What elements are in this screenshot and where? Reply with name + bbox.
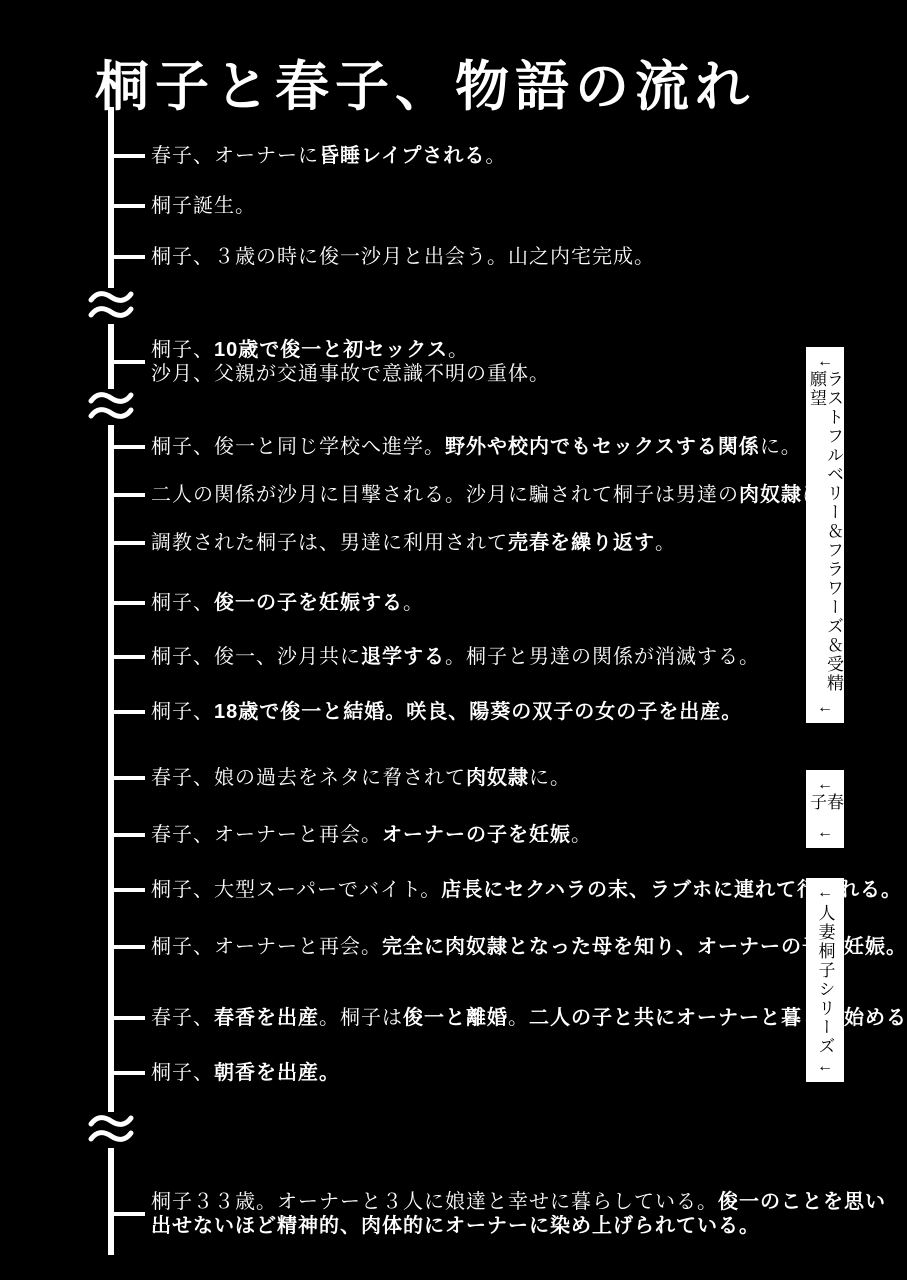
timeline-entry: 桐子、３歳の時に俊一沙月と出会う。山之内宅完成。 — [114, 245, 655, 269]
entry-text: 春子、娘の過去をネタに脅されて肉奴隷に。 — [151, 766, 571, 790]
entry-text: 桐子、大型スーパーでバイト。店長にセクハラの末、ラブホに連れて行かれる。 — [151, 878, 902, 902]
entry-text-bold: 昏睡レイプされる — [319, 145, 485, 167]
tick-mark — [114, 1212, 145, 1216]
tick-mark — [114, 1071, 145, 1075]
entry-text-segment: 桐子、 — [151, 592, 214, 614]
entry-text-segment: 。 — [485, 145, 506, 167]
entry-text: 調教された桐子は、男達に利用されて売春を繰り返す。 — [151, 531, 676, 555]
entry-text: 桐子誕生。 — [151, 194, 256, 218]
tick-mark — [114, 493, 145, 497]
entry-line: 出せないほど精神的、肉体的にオーナーに染め上げられている。 — [151, 1214, 886, 1238]
tick-mark — [114, 204, 145, 208]
entry-text-bold: 俊一のことを思い — [718, 1191, 886, 1213]
series-span-label: ←春子← — [806, 770, 844, 848]
series-label-text: ラストフルベリー＆フラワーズ＆受精願望 — [808, 370, 842, 700]
timeline-entry: 桐子、朝香を出産。 — [114, 1061, 340, 1085]
timeline-entry: 二人の関係が沙月に目撃される。沙月に騙されて桐子は男達の肉奴隷に。 — [114, 483, 844, 507]
series-label-text: 春子 — [808, 793, 842, 825]
entry-line: 沙月、父親が交通事故で意識不明の重体。 — [151, 362, 550, 386]
entry-text-segment: 。 — [403, 592, 424, 614]
entry-line: 春子、春香を出産。桐子は俊一と離婚。二人の子と共にオーナーと暮らし始める。 — [151, 1006, 907, 1030]
entry-text-segment: 。桐子と男達の関係が消滅する。 — [445, 646, 760, 668]
timeline-page: 桐子と春子、物語の流れ 春子、オーナーに昏睡レイプされる。桐子誕生。桐子、３歳の… — [0, 0, 907, 1280]
entry-text-segment: に。 — [760, 436, 802, 458]
entry-text-segment: 。 — [508, 1007, 529, 1029]
entry-text-segment: 春子、娘の過去をネタに脅されて — [151, 767, 466, 789]
timeline-entry: 調教された桐子は、男達に利用されて売春を繰り返す。 — [114, 531, 676, 555]
entry-line: 調教された桐子は、男達に利用されて売春を繰り返す。 — [151, 531, 676, 555]
timeline-entry: 桐子、俊一の子を妊娠する。 — [114, 591, 424, 615]
entry-line: 桐子、朝香を出産。 — [151, 1061, 340, 1085]
tick-mark — [114, 154, 145, 158]
entry-line: 桐子誕生。 — [151, 194, 256, 218]
entry-line: 二人の関係が沙月に目撃される。沙月に騙されて桐子は男達の肉奴隷に。 — [151, 483, 844, 507]
axis-break-icon — [86, 1112, 136, 1148]
tick-mark — [114, 776, 145, 780]
entry-text-segment: 桐子、 — [151, 1062, 214, 1084]
timeline-entry: 春子、オーナーに昏睡レイプされる。 — [114, 144, 506, 168]
entry-text-segment: 春子、オーナーと再会。 — [151, 824, 382, 846]
tick-mark — [114, 710, 145, 714]
entry-text-bold: 春香を出産 — [214, 1007, 319, 1029]
axis-break-icon — [86, 288, 136, 324]
timeline-entry: 桐子、オーナーと再会。完全に肉奴隷となった母を知り、オーナーの子を妊娠。 — [114, 935, 907, 959]
entry-text-segment: 二人の関係が沙月に目撃される。沙月に騙されて桐子は男達の — [151, 484, 739, 506]
page-title: 桐子と春子、物語の流れ — [95, 58, 755, 117]
timeline-entry: 桐子、大型スーパーでバイト。店長にセクハラの末、ラブホに連れて行かれる。 — [114, 878, 902, 902]
entry-line: 春子、オーナーと再会。オーナーの子を妊娠。 — [151, 823, 592, 847]
tick-mark — [114, 255, 145, 259]
series-span-label: ←人妻桐子シリーズ← — [806, 878, 844, 1082]
tick-mark — [114, 833, 145, 837]
entry-text-segment: 桐子、 — [151, 339, 214, 361]
entry-text: 桐子３３歳。オーナーと３人に娘達と幸せに暮らしている。俊一のことを思い出せないほ… — [151, 1190, 886, 1238]
entry-text-bold: 退学する — [361, 646, 445, 668]
entry-text: 春子、春香を出産。桐子は俊一と離婚。二人の子と共にオーナーと暮らし始める。 — [151, 1006, 907, 1030]
entry-text-bold: 18歳で俊一と結婚。咲良、陽葵の双子の女の子を出産。 — [214, 701, 742, 723]
entry-text-bold: 朝香を出産。 — [214, 1062, 340, 1084]
entry-text: 桐子、俊一と同じ学校へ進学。野外や校内でもセックスする関係に。 — [151, 435, 802, 459]
entry-text: 桐子、10歳で俊一と初セックス。沙月、父親が交通事故で意識不明の重体。 — [151, 338, 550, 386]
entry-text-segment: 桐子３３歳。オーナーと３人に娘達と幸せに暮らしている。 — [151, 1191, 718, 1213]
timeline-entry: 春子、春香を出産。桐子は俊一と離婚。二人の子と共にオーナーと暮らし始める。 — [114, 1006, 907, 1030]
entry-text-bold: オーナーの子を妊娠 — [382, 824, 571, 846]
entry-line: 春子、オーナーに昏睡レイプされる。 — [151, 144, 506, 168]
tick-mark — [114, 445, 145, 449]
tick-mark — [114, 945, 145, 949]
entry-text-bold: 野外や校内でもセックスする関係 — [445, 436, 760, 458]
entry-text-bold: 肉奴隷 — [466, 767, 529, 789]
tick-mark — [114, 360, 145, 364]
entry-text: 桐子、俊一の子を妊娠する。 — [151, 591, 424, 615]
entry-text-segment: 桐子誕生。 — [151, 195, 256, 217]
entry-text-segment: 調教された桐子は、男達に利用されて — [151, 532, 508, 554]
entry-line: 桐子、10歳で俊一と初セックス。 — [151, 338, 550, 362]
entry-text-segment: 桐子、オーナーと再会。 — [151, 936, 382, 958]
timeline-entry: 桐子３３歳。オーナーと３人に娘達と幸せに暮らしている。俊一のことを思い出せないほ… — [114, 1190, 886, 1238]
entry-text-segment: 。 — [448, 339, 469, 361]
entry-text-segment: 沙月、父親が交通事故で意識不明の重体。 — [151, 363, 550, 385]
entry-text: 春子、オーナーに昏睡レイプされる。 — [151, 144, 506, 168]
span-arrow-bottom-icon: ← — [817, 700, 833, 716]
entry-text-bold: 出せないほど精神的、肉体的にオーナーに染め上げられている。 — [151, 1215, 760, 1237]
entry-text-bold: 二人の子と共にオーナーと暮らし始める。 — [529, 1007, 907, 1029]
span-arrow-top-icon: ← — [817, 354, 833, 370]
entry-text: 桐子、俊一、沙月共に退学する。桐子と男達の関係が消滅する。 — [151, 645, 760, 669]
timeline-entry: 桐子誕生。 — [114, 194, 256, 218]
tick-mark — [114, 601, 145, 605]
tick-mark — [114, 655, 145, 659]
axis-break-icon — [86, 389, 136, 425]
span-arrow-top-icon: ← — [817, 885, 833, 901]
entry-line: 春子、娘の過去をネタに脅されて肉奴隷に。 — [151, 766, 571, 790]
entry-text: 桐子、オーナーと再会。完全に肉奴隷となった母を知り、オーナーの子を妊娠。 — [151, 935, 907, 959]
tick-mark — [114, 888, 145, 892]
entry-text-segment: 桐子、３歳の時に俊一沙月と出会う。山之内宅完成。 — [151, 246, 655, 268]
entry-line: 桐子、３歳の時に俊一沙月と出会う。山之内宅完成。 — [151, 245, 655, 269]
entry-text: 桐子、18歳で俊一と結婚。咲良、陽葵の双子の女の子を出産。 — [151, 700, 742, 724]
tick-mark — [114, 541, 145, 545]
entry-text-segment: 桐子、俊一、沙月共に — [151, 646, 361, 668]
entry-text-segment: 桐子、大型スーパーでバイト。 — [151, 879, 441, 901]
entry-text-segment: 桐子、 — [151, 701, 214, 723]
timeline-entry: 桐子、10歳で俊一と初セックス。沙月、父親が交通事故で意識不明の重体。 — [114, 338, 550, 386]
entry-text-bold: 肉奴隷 — [739, 484, 802, 506]
timeline-entry: 春子、オーナーと再会。オーナーの子を妊娠。 — [114, 823, 592, 847]
entry-line: 桐子、俊一と同じ学校へ進学。野外や校内でもセックスする関係に。 — [151, 435, 802, 459]
entry-text-segment: 桐子、俊一と同じ学校へ進学。 — [151, 436, 445, 458]
span-arrow-top-icon: ← — [817, 777, 833, 793]
entry-text-bold: 売春を繰り返す — [508, 532, 655, 554]
entry-text-segment: 。桐子は — [319, 1007, 403, 1029]
entry-line: 桐子、俊一、沙月共に退学する。桐子と男達の関係が消滅する。 — [151, 645, 760, 669]
entry-text-segment: に。 — [529, 767, 571, 789]
timeline-entry: 桐子、俊一、沙月共に退学する。桐子と男達の関係が消滅する。 — [114, 645, 760, 669]
entry-text-segment: 。 — [655, 532, 676, 554]
entry-text: 二人の関係が沙月に目撃される。沙月に騙されて桐子は男達の肉奴隷に。 — [151, 483, 844, 507]
entry-text-segment: 。 — [571, 824, 592, 846]
entry-text-bold: 俊一の子を妊娠する — [214, 592, 403, 614]
entry-line: 桐子、俊一の子を妊娠する。 — [151, 591, 424, 615]
timeline-entry: 春子、娘の過去をネタに脅されて肉奴隷に。 — [114, 766, 571, 790]
span-arrow-bottom-icon: ← — [817, 1059, 833, 1075]
entry-text-segment: 春子、 — [151, 1007, 214, 1029]
entry-text-bold: 10歳で俊一と初セックス — [214, 339, 448, 361]
span-arrow-bottom-icon: ← — [817, 825, 833, 841]
series-label-text: 人妻桐子シリーズ — [817, 904, 834, 1056]
entry-line: 桐子、オーナーと再会。完全に肉奴隷となった母を知り、オーナーの子を妊娠。 — [151, 935, 907, 959]
series-span-label: ←ラストフルベリー＆フラワーズ＆受精願望← — [806, 347, 844, 723]
entry-line: 桐子３３歳。オーナーと３人に娘達と幸せに暮らしている。俊一のことを思い — [151, 1190, 886, 1214]
timeline-entry: 桐子、俊一と同じ学校へ進学。野外や校内でもセックスする関係に。 — [114, 435, 802, 459]
entry-text: 春子、オーナーと再会。オーナーの子を妊娠。 — [151, 823, 592, 847]
timeline-entry: 桐子、18歳で俊一と結婚。咲良、陽葵の双子の女の子を出産。 — [114, 700, 742, 724]
entry-line: 桐子、大型スーパーでバイト。店長にセクハラの末、ラブホに連れて行かれる。 — [151, 878, 902, 902]
tick-mark — [114, 1016, 145, 1020]
entry-text: 桐子、朝香を出産。 — [151, 1061, 340, 1085]
entry-line: 桐子、18歳で俊一と結婚。咲良、陽葵の双子の女の子を出産。 — [151, 700, 742, 724]
entry-text-bold: 俊一と離婚 — [403, 1007, 508, 1029]
entry-text-segment: 春子、オーナーに — [151, 145, 319, 167]
entry-text: 桐子、３歳の時に俊一沙月と出会う。山之内宅完成。 — [151, 245, 655, 269]
